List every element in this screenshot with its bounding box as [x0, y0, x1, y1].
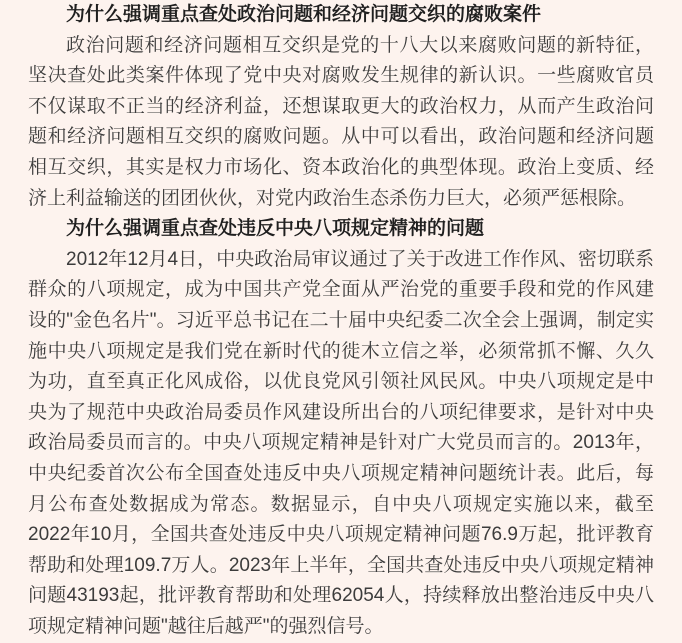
- section-heading-eight-point-regulation: 为什么强调重点查处违反中央八项规定精神的问题: [28, 214, 654, 245]
- section-heading-political-economic-corruption: 为什么强调重点查处政治问题和经济问题交织的腐败案件: [28, 0, 654, 31]
- document-page: 为什么强调重点查处政治问题和经济问题交织的腐败案件 政治问题和经济问题相互交织是…: [0, 0, 682, 643]
- section-paragraph-eight-point-regulation: 2012年12月4日，中央政治局审议通过了关于改进工作作风、密切联系群众的八项规…: [28, 245, 654, 643]
- section-paragraph-political-economic-corruption: 政治问题和经济问题相互交织是党的十八大以来腐败问题的新特征，坚决查处此类案件体现…: [28, 31, 654, 215]
